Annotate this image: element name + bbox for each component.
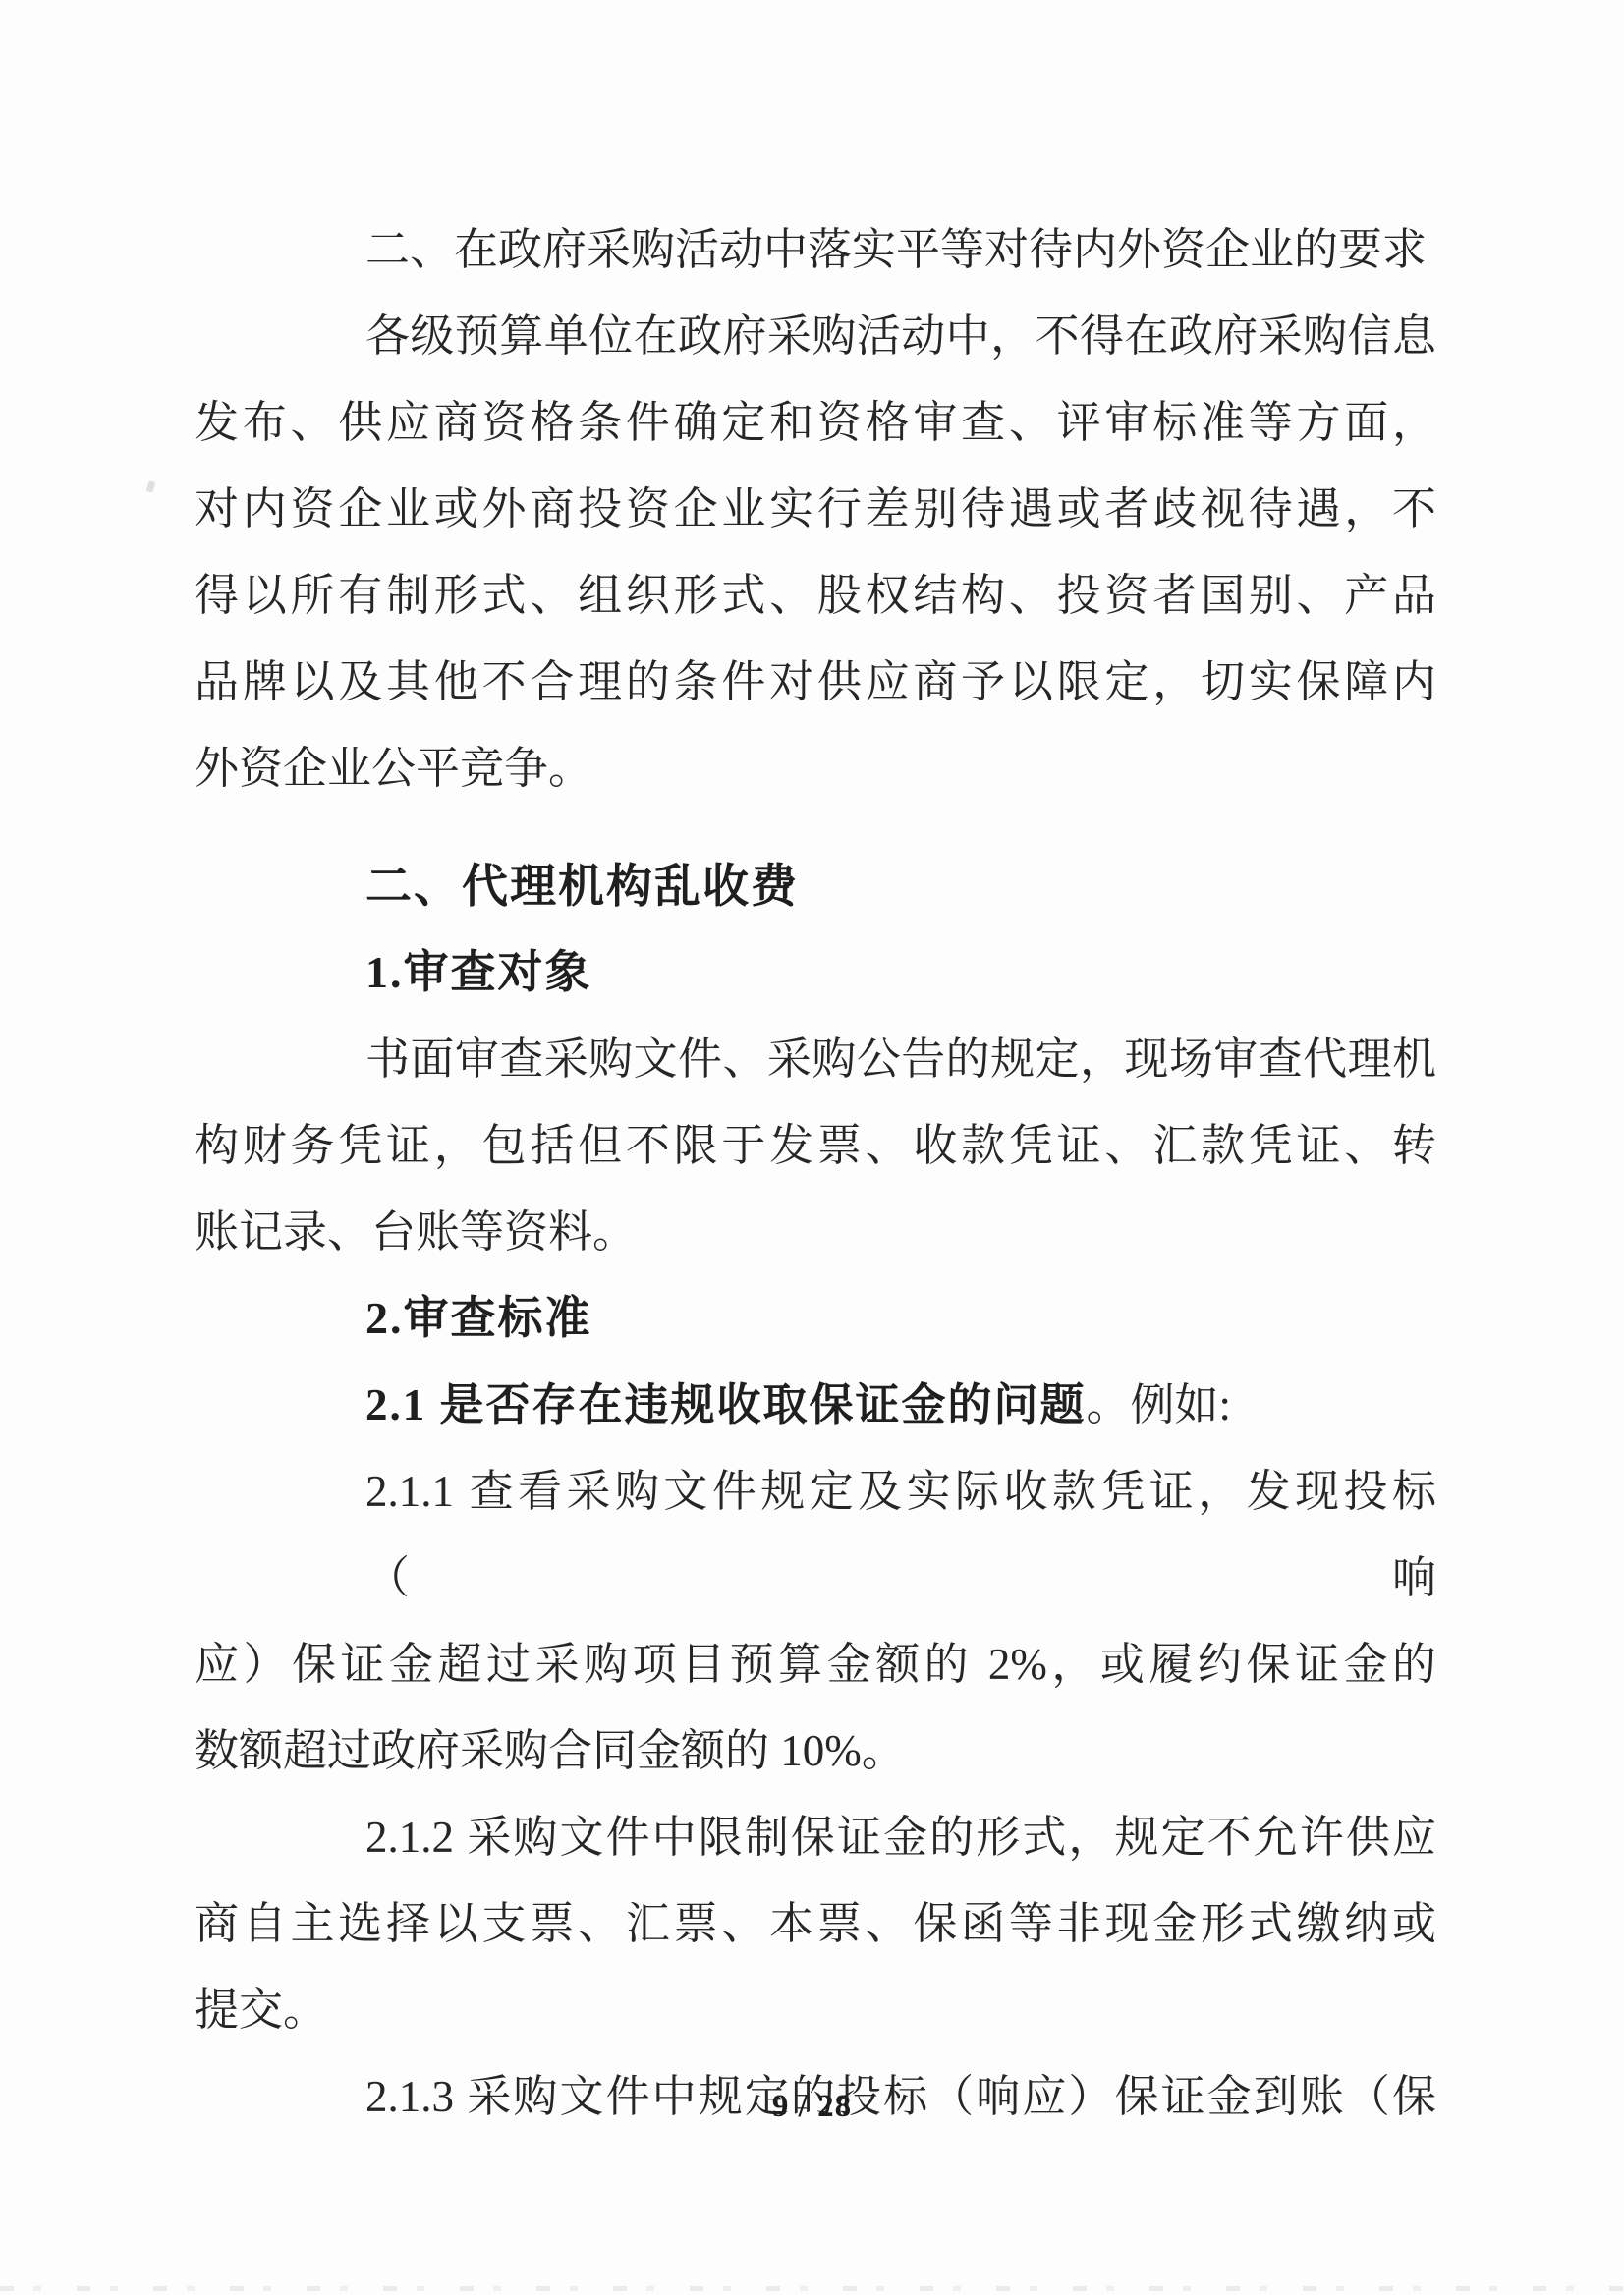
text-segment-bold: 2.1 是否存在违规收取保证金的问题 bbox=[365, 1380, 1087, 1429]
text-line: 外资企业公平竞争。 bbox=[195, 725, 1436, 812]
text-line: 2.1.1 查看采购文件规定及实际收款凭证，发现投标（响 bbox=[195, 1448, 1436, 1621]
text-line: 2.1 是否存在违规收取保证金的问题。例如: bbox=[195, 1362, 1436, 1448]
text-segment: 账记录、台账等资料。 bbox=[195, 1207, 637, 1257]
text-line: 品牌以及其他不合理的条件对供应商予以限定，切实保障内 bbox=[195, 639, 1436, 725]
text-segment-bold: 二、代理机构乱收费 bbox=[365, 860, 799, 912]
text-line: 构财务凭证，包括但不限于发票、收款凭证、汇款凭证、转 bbox=[195, 1102, 1436, 1189]
page-number: 9 / 28 bbox=[0, 2087, 1624, 2126]
page-number-text: 9 / 28 bbox=[772, 2089, 852, 2124]
text-segment: 数额超过政府采购合同金额的 10%。 bbox=[195, 1726, 906, 1775]
text-line: 2.审查标准 bbox=[195, 1275, 1436, 1362]
text-line: 各级预算单位在政府采购活动中，不得在政府采购信息 bbox=[195, 293, 1436, 379]
document-content: 二、在政府采购活动中落实平等对待内外资企业的要求各级预算单位在政府采购活动中，不… bbox=[195, 206, 1436, 2140]
text-line: 二、代理机构乱收费 bbox=[195, 843, 1436, 929]
text-segment: 提交。 bbox=[195, 1986, 327, 2035]
text-segment: 应）保证金超过采购项目预算金额的 2%，或履约保证金的 bbox=[195, 1640, 1436, 1689]
text-segment: 得以所有制形式、组织形式、股权结构、投资者国别、产品 bbox=[195, 571, 1436, 620]
text-segment: 品牌以及其他不合理的条件对供应商予以限定，切实保障内 bbox=[195, 657, 1436, 706]
text-line: 账记录、台账等资料。 bbox=[195, 1189, 1436, 1275]
text-segment: 外资企业公平竞争。 bbox=[195, 744, 592, 793]
text-line: 发布、供应商资格条件确定和资格审查、评审标准等方面， bbox=[195, 379, 1436, 466]
text-segment: 对内资企业或外商投资企业实行差别待遇或者歧视待遇，不 bbox=[195, 484, 1436, 533]
text-segment: 二、在政府采购活动中落实平等对待内外资企业的要求 bbox=[365, 225, 1427, 274]
document-page: 二、在政府采购活动中落实平等对待内外资企业的要求各级预算单位在政府采购活动中，不… bbox=[0, 0, 1624, 2295]
text-line: 书面审查采购文件、采购公告的规定，现场审查代理机 bbox=[195, 1016, 1436, 1102]
text-line: 1.审查对象 bbox=[195, 929, 1436, 1016]
scan-artifact-speck bbox=[145, 480, 155, 493]
text-segment: 构财务凭证，包括但不限于发票、收款凭证、汇款凭证、转 bbox=[195, 1121, 1436, 1170]
text-line: 数额超过政府采购合同金额的 10%。 bbox=[195, 1707, 1436, 1794]
text-segment-bold: 2.审查标准 bbox=[365, 1293, 592, 1343]
scan-artifact-edge bbox=[0, 2286, 1624, 2291]
text-segment: 2.1.1 查看采购文件规定及实际收款凭证，发现投标（响 bbox=[365, 1467, 1436, 1602]
text-line: 对内资企业或外商投资企业实行差别待遇或者歧视待遇，不 bbox=[195, 466, 1436, 552]
text-segment: 2.1.2 采购文件中限制保证金的形式，规定不允许供应 bbox=[365, 1813, 1436, 1862]
text-line: 提交。 bbox=[195, 1967, 1436, 2053]
text-line: 应）保证金超过采购项目预算金额的 2%，或履约保证金的 bbox=[195, 1621, 1436, 1707]
text-segment: 书面审查采购文件、采购公告的规定，现场审查代理机 bbox=[365, 1035, 1436, 1084]
text-line: 二、在政府采购活动中落实平等对待内外资企业的要求 bbox=[195, 206, 1436, 293]
text-segment: 商自主选择以支票、汇票、本票、保函等非现金形式缴纳或 bbox=[195, 1899, 1436, 1948]
text-segment: 发布、供应商资格条件确定和资格审查、评审标准等方面， bbox=[195, 398, 1436, 447]
text-line: 2.1.2 采购文件中限制保证金的形式，规定不允许供应 bbox=[195, 1794, 1436, 1880]
text-line: 得以所有制形式、组织形式、股权结构、投资者国别、产品 bbox=[195, 552, 1436, 639]
text-segment: 。例如: bbox=[1087, 1380, 1232, 1429]
text-line: 商自主选择以支票、汇票、本票、保函等非现金形式缴纳或 bbox=[195, 1880, 1436, 1967]
text-segment: 各级预算单位在政府采购活动中，不得在政府采购信息 bbox=[365, 311, 1436, 361]
text-segment-bold: 1.审查对象 bbox=[365, 947, 592, 997]
